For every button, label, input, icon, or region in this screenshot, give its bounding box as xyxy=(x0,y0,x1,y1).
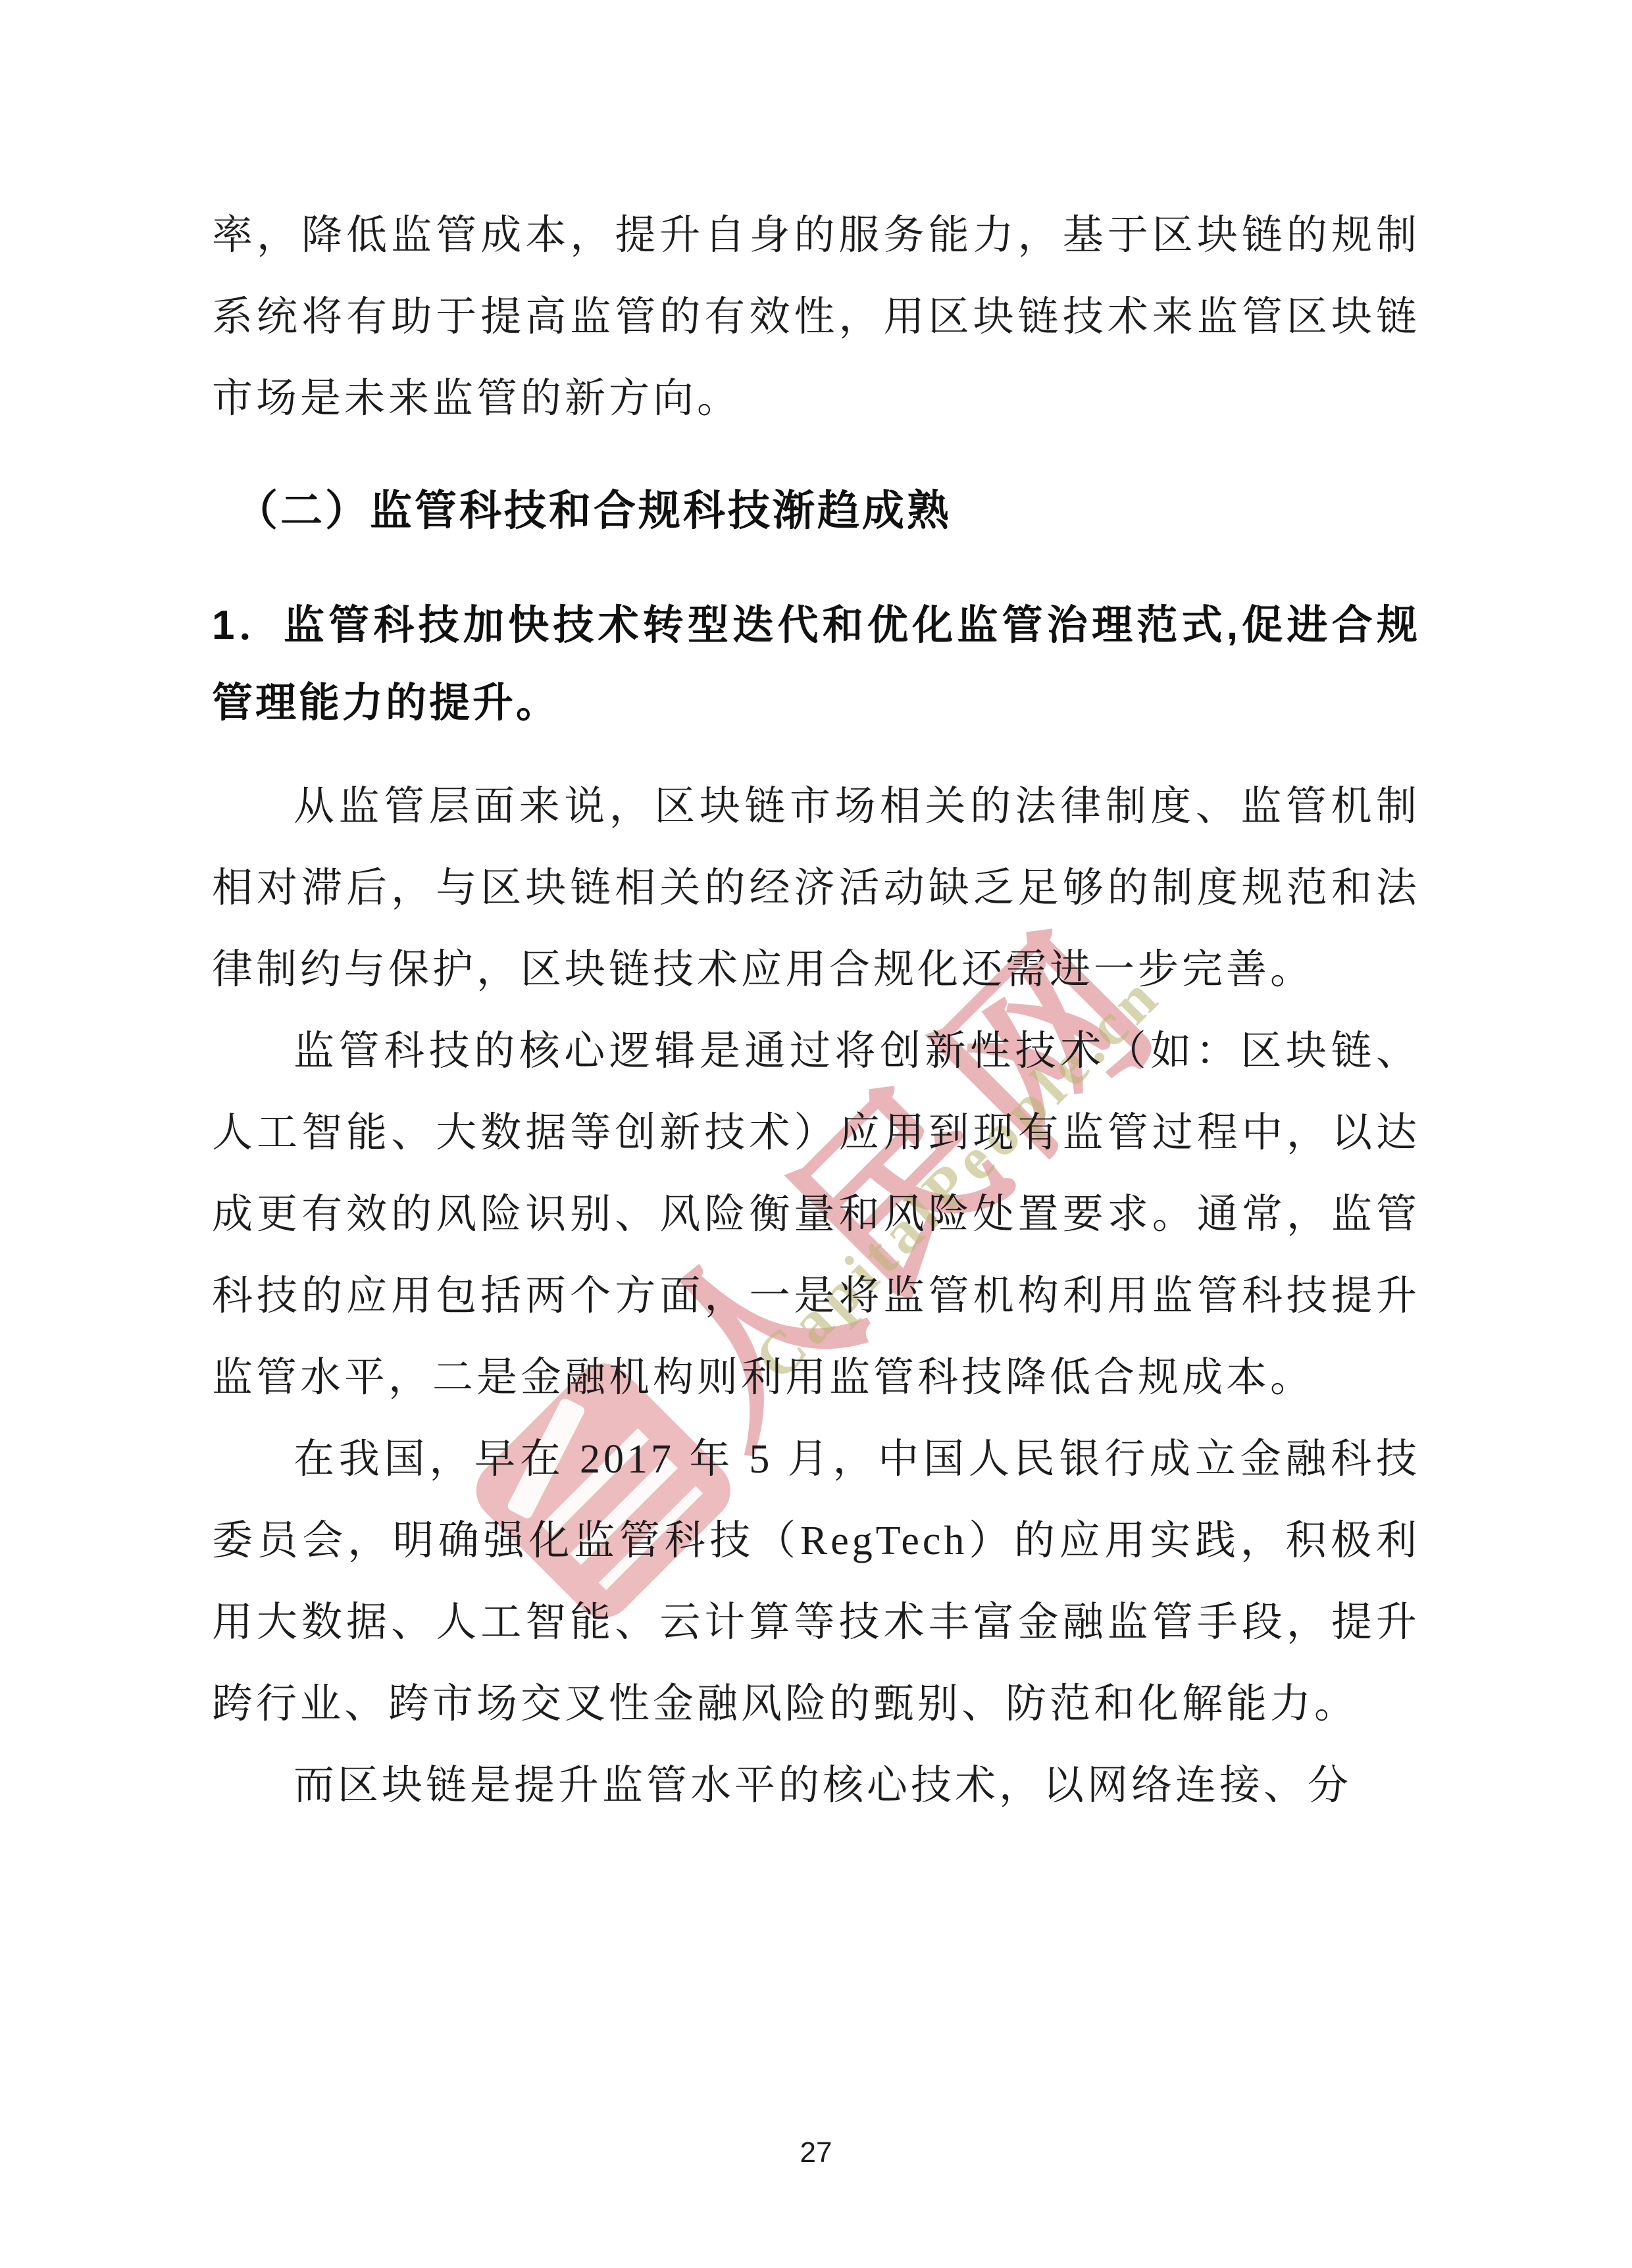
section-heading: （二）监管科技和合规科技渐趋成熟 xyxy=(212,470,1420,551)
page-number: 27 xyxy=(800,2136,832,2169)
paragraph-regtech-logic: 监管科技的核心逻辑是通过将创新性技术（如：区块链、人工智能、大数据等创新技术）应… xyxy=(212,1011,1420,1419)
paragraph-regulation-lag: 从监管层面来说，区块链市场相关的法律制度、监管机制相对滞后，与区块链相关的经济活… xyxy=(212,766,1420,1011)
subsection-heading: 1．监管科技加快技术转型迭代和优化监管治理范式,促进合规管理能力的提升。 xyxy=(212,587,1420,742)
paragraph-continuation: 率，降低监管成本，提升自身的服务能力，基于区块链的规制系统将有助于提高监管的有效… xyxy=(212,195,1420,440)
paragraph-pboc-regtech: 在我国，早在 2017 年 5 月，中国人民银行成立金融科技委员会，明确强化监管… xyxy=(212,1419,1420,1745)
document-page: 人民网 CapitalPeople.cn 率，降低监管成本，提升自身的服务能力，… xyxy=(0,0,1632,2268)
paragraph-blockchain-core: 而区块链是提升监管水平的核心技术，以网络连接、分 xyxy=(212,1745,1420,1827)
page-footer: 27 xyxy=(0,2136,1632,2169)
page-content: 率，降低监管成本，提升自身的服务能力，基于区块链的规制系统将有助于提高监管的有效… xyxy=(212,195,1420,1827)
